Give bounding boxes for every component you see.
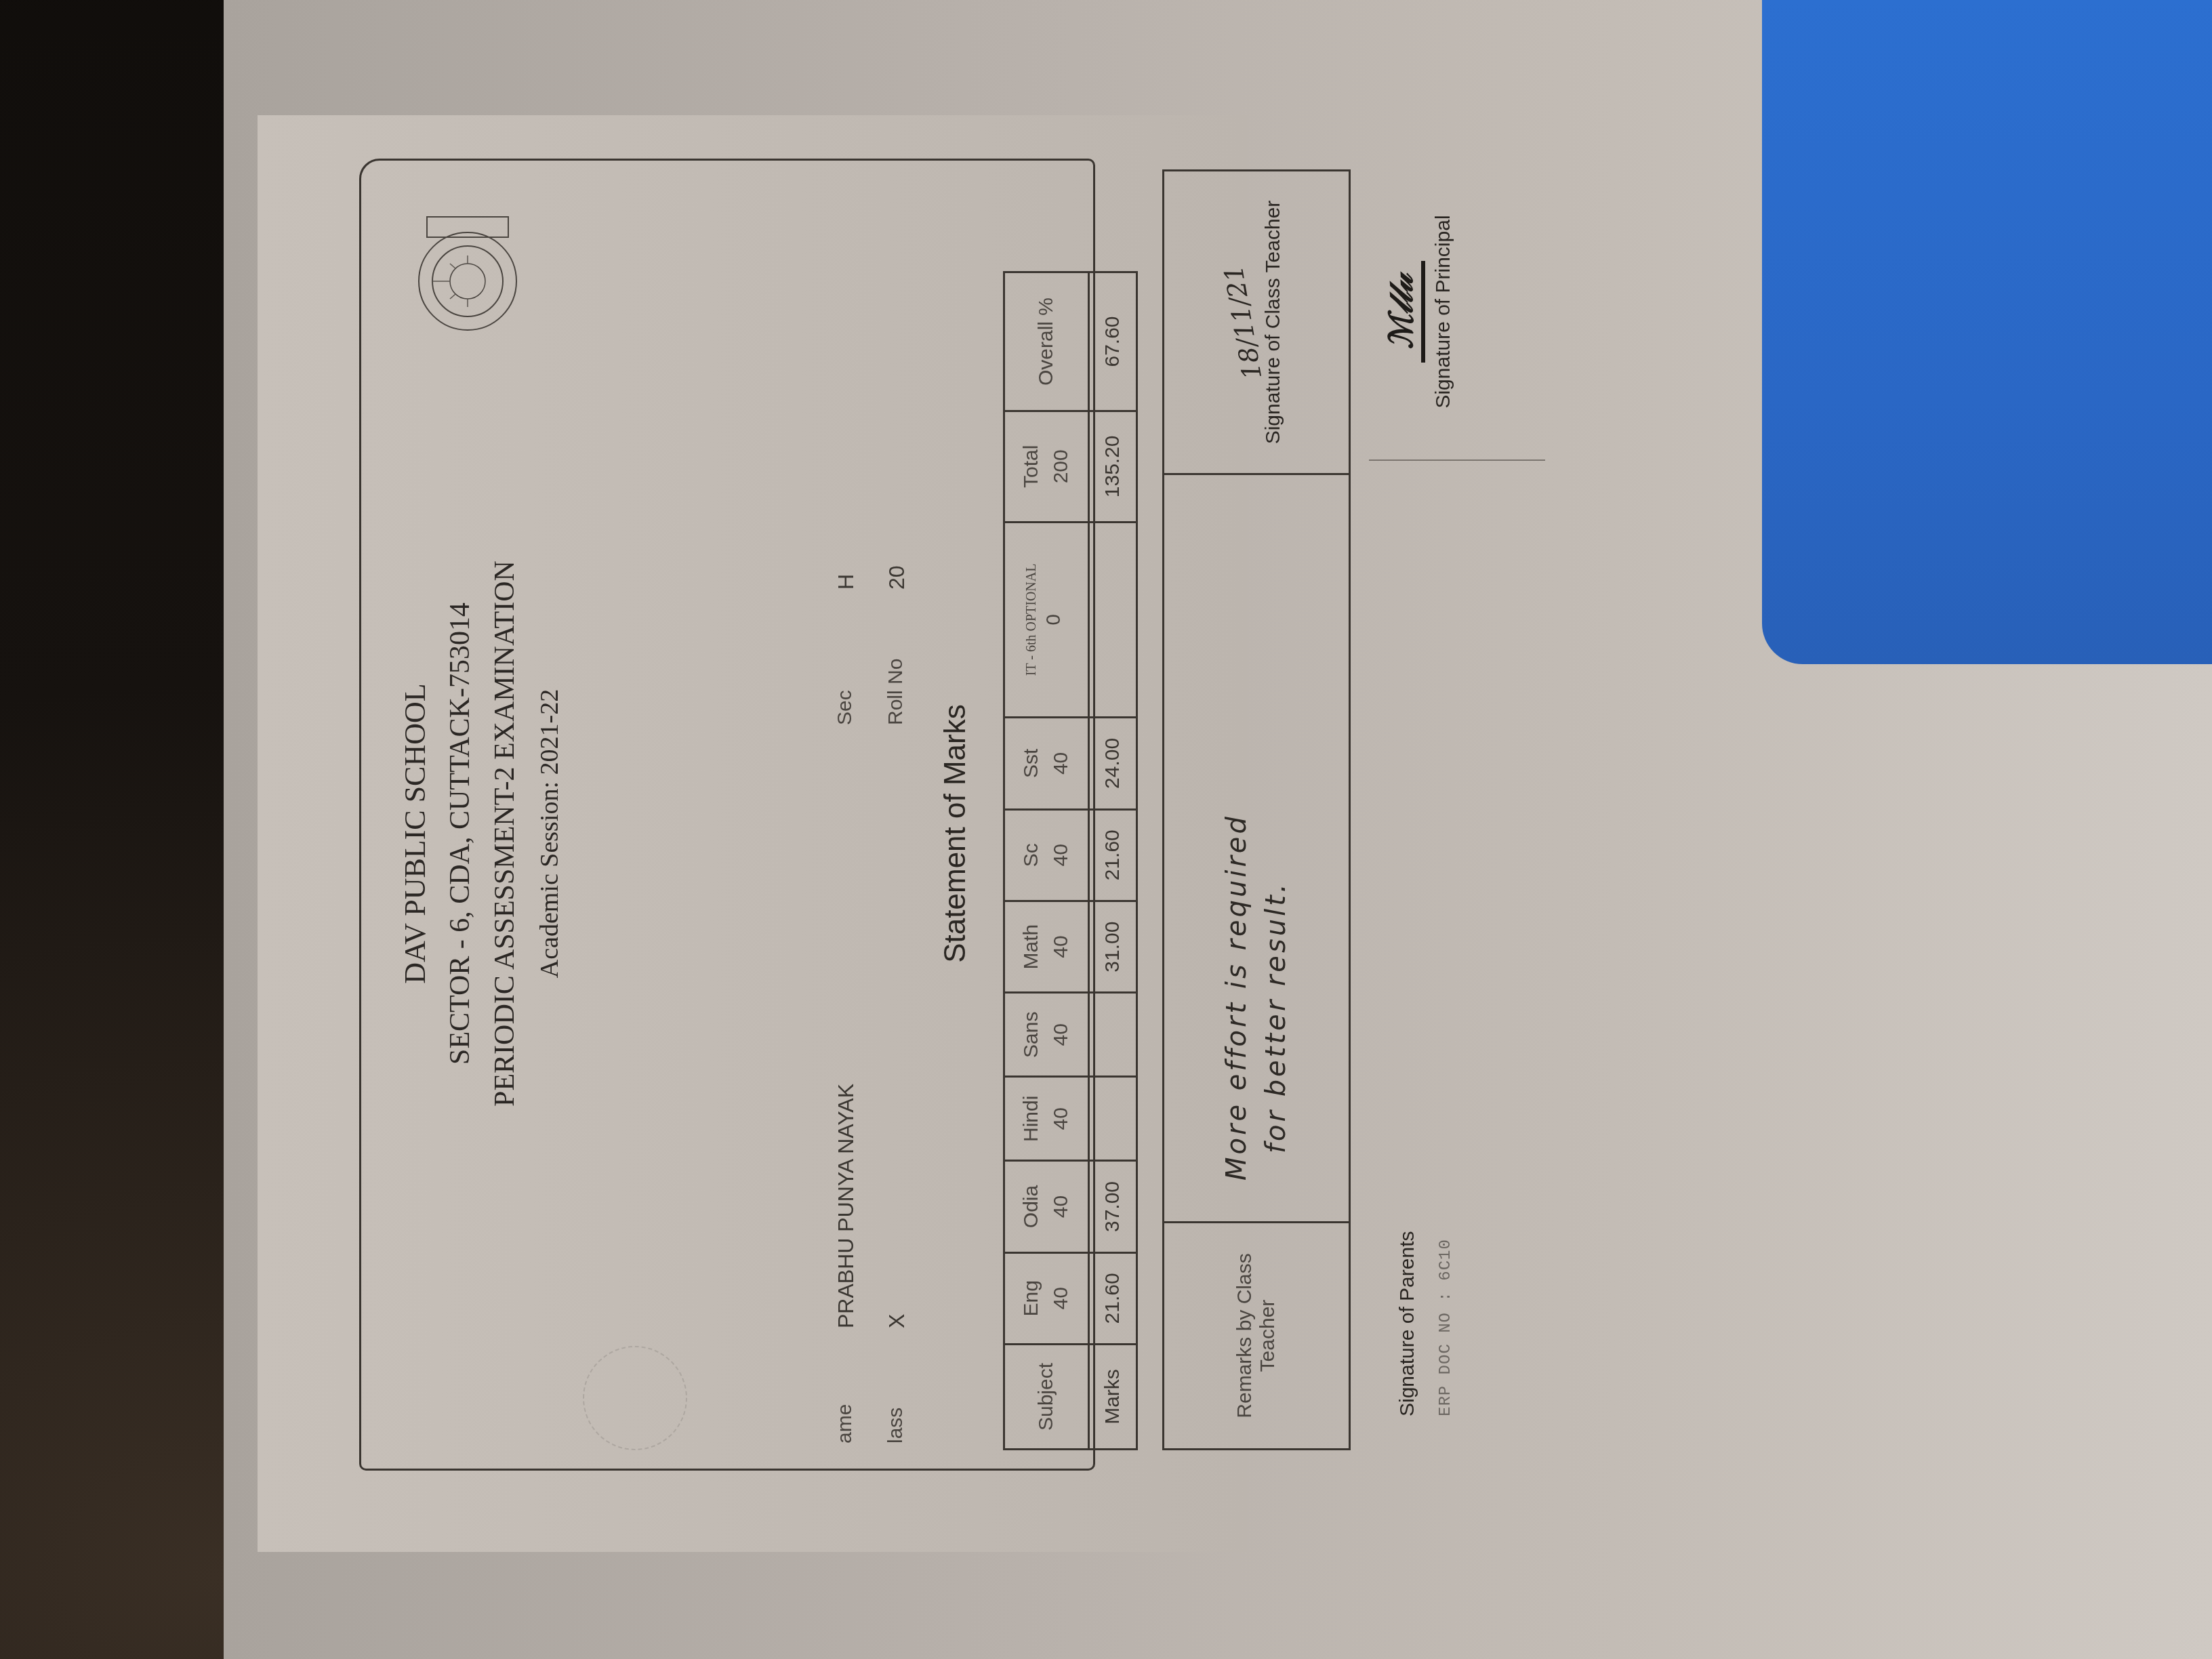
divider-line: [1369, 459, 1545, 461]
col-overall-percent: Overall %: [1004, 272, 1089, 411]
marks-header: Marks: [1089, 1345, 1137, 1450]
col-hindi: Hindi40: [1004, 1077, 1089, 1161]
score-it-optional: [1089, 522, 1137, 718]
roll-label: Roll No: [884, 659, 907, 725]
subject-header: Subject: [1004, 1345, 1089, 1450]
score-odia: 37.00: [1089, 1161, 1137, 1252]
dav-emblem-icon: [400, 203, 535, 339]
remarks-row: Remarks by Class Teacher More effort is …: [1164, 171, 1350, 1450]
score-sans: [1089, 993, 1137, 1077]
name-label: ame: [834, 1404, 857, 1443]
col-eng: Eng40: [1004, 1252, 1089, 1344]
student-section: H: [834, 574, 859, 590]
principal-signature-icon: ℳ𝓁𝓁𝓊: [1382, 261, 1425, 363]
blue-object: [1762, 0, 2212, 664]
score-sst: 24.00: [1089, 718, 1137, 809]
remarks-line-1: More effort is required: [1217, 476, 1256, 1181]
col-sans: Sans40: [1004, 993, 1089, 1077]
marks-title: Statement of Marks: [939, 115, 972, 1552]
col-sc: Sc40: [1004, 809, 1089, 901]
class-label: lass: [884, 1408, 907, 1443]
parents-signature-label: Signature of Parents: [1396, 1231, 1419, 1416]
document-number: ERP DOC NO : 6C10: [1437, 1239, 1455, 1416]
score-eng: 21.60: [1089, 1252, 1137, 1344]
table-row: Marks 21.60 37.00 31.00 21.60 24.00 135.…: [1089, 272, 1137, 1450]
score-hindi: [1089, 1077, 1137, 1161]
teacher-signature-cell: 18/11/21 Signature of Class Teacher: [1164, 171, 1350, 474]
score-sc: 21.60: [1089, 809, 1137, 901]
table-header-row: Subject Eng40 Odia40 Hindi40 Sans40 Math…: [1004, 272, 1089, 1450]
remarks-text: More effort is required for better resul…: [1164, 474, 1350, 1223]
col-odia: Odia40: [1004, 1161, 1089, 1252]
marks-table: Subject Eng40 Odia40 Hindi40 Sans40 Math…: [1003, 271, 1138, 1450]
col-it-optional: IT - 6th OPTIONAL0: [1004, 522, 1089, 718]
score-overall-percent: 67.60: [1089, 272, 1137, 411]
report-card-rotated: DAV PUBLIC SCHOOL SECTOR - 6, CDA, CUTTA…: [258, 115, 1247, 1552]
col-math: Math40: [1004, 901, 1089, 992]
col-sst: Sst40: [1004, 718, 1089, 809]
student-name: PRABHU PUNYA NAYAK: [834, 1084, 859, 1328]
col-total: Total200: [1004, 411, 1089, 523]
student-roll: 20: [884, 565, 909, 590]
remarks-label: Remarks by Class Teacher: [1164, 1223, 1350, 1450]
remarks-line-2: for better result.: [1256, 476, 1296, 1181]
score-math: 31.00: [1089, 901, 1137, 992]
principal-signature-block: ℳ𝓁𝓁𝓊 Signature of Principal: [1382, 169, 1455, 454]
section-label: Sec: [834, 690, 857, 725]
student-class: X: [884, 1314, 909, 1328]
faint-stamp-icon: [583, 1346, 687, 1450]
remarks-table: Remarks by Class Teacher More effort is …: [1162, 169, 1351, 1450]
report-card: DAV PUBLIC SCHOOL SECTOR - 6, CDA, CUTTA…: [258, 115, 1247, 1552]
principal-signature-label: Signature of Principal: [1432, 169, 1455, 454]
score-total: 135.20: [1089, 411, 1137, 523]
